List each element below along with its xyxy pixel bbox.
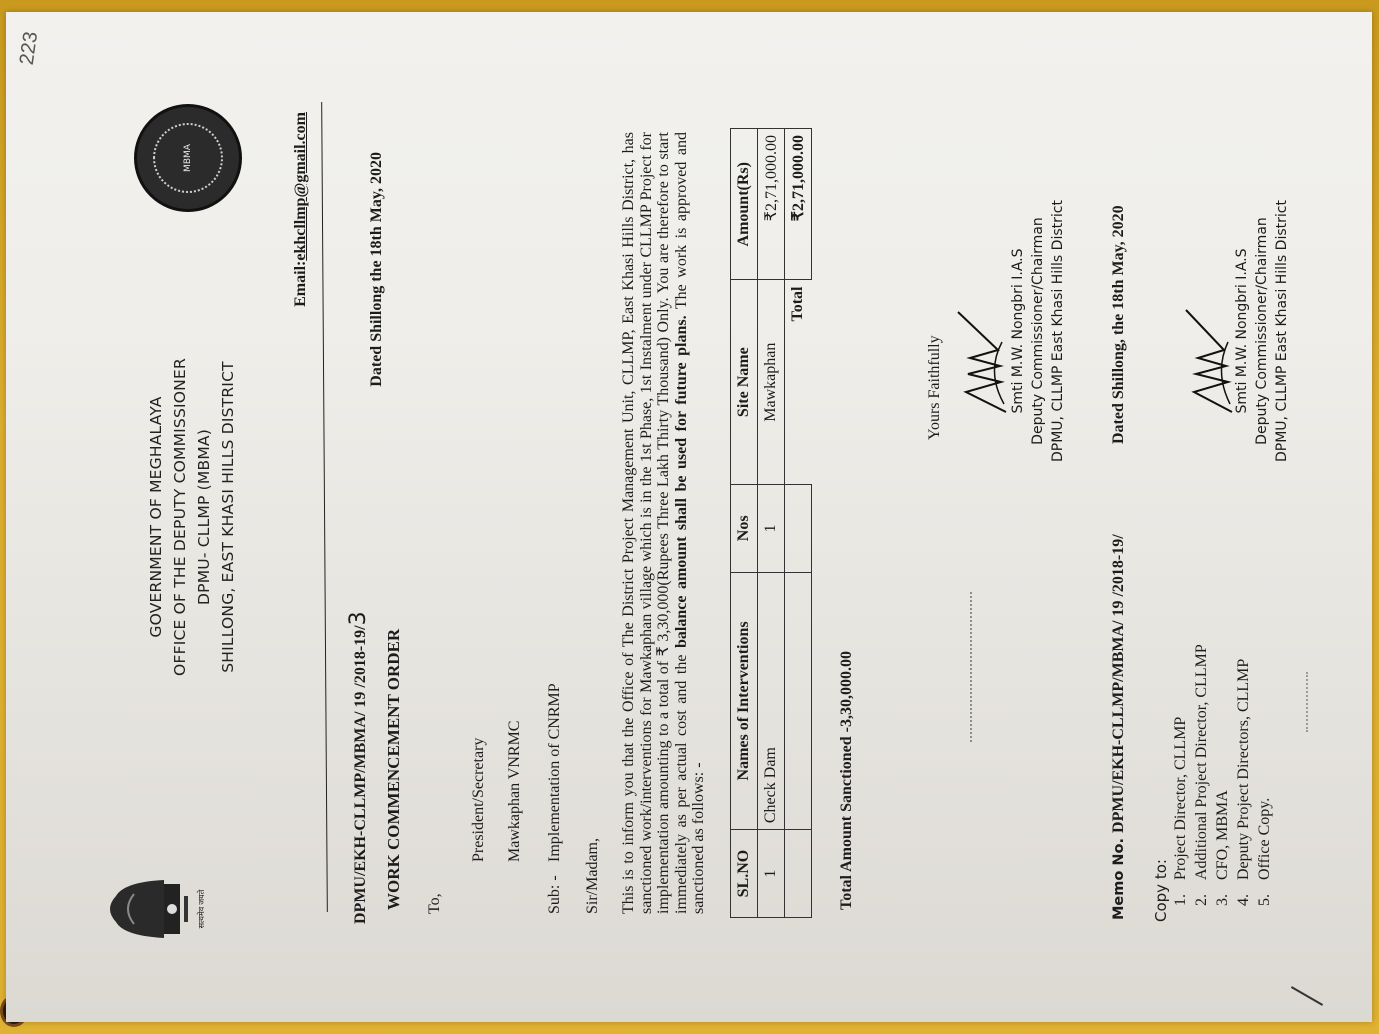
total-amount-sanctioned: Total Amount Sanctioned -3,30,000.00	[838, 651, 856, 910]
table-total-row: Total ₹2,71,000.00	[785, 129, 812, 918]
list-item: Project Director, CLLMP	[1170, 644, 1191, 890]
cell-site-name: Mawkaphan	[758, 280, 785, 484]
cell-sl-no: 1	[758, 830, 785, 918]
total-label: Total	[785, 280, 812, 484]
faded-stamp	[956, 592, 972, 742]
col-interventions: Names of Interventions	[731, 572, 758, 829]
letterhead-unit: DPMU- CLLMP (MBMA)	[192, 12, 216, 1022]
letter-page: 223 सत्यमेव जयते MBMA GOVERNMENT OF MEGH…	[6, 12, 1372, 1022]
copy-to-label: Copy to:	[1152, 859, 1170, 922]
addressee-org: Mawkaphan VNRMC	[506, 721, 524, 862]
closing: Yours Faithfully	[926, 335, 944, 440]
body-paragraph: This is to inform you that the Office of…	[620, 132, 708, 914]
letterhead-location: SHILLONG, EAST KHASI HILLS DISTRICT	[216, 12, 240, 1022]
issue-date: Dated Shillong the 18th May, 2020	[368, 152, 386, 387]
col-sl-no: SL.NO	[731, 830, 758, 918]
signatory-name: Smti M.W. Nongbri I.A.S	[1008, 200, 1028, 462]
letterhead-office: OFFICE OF THE DEPUTY COMMISSIONER	[168, 12, 192, 1022]
cell-amount: ₹2,71,000.00	[758, 129, 785, 280]
letterhead: GOVERNMENT OF MEGHALAYA OFFICE OF THE DE…	[144, 12, 240, 1022]
subject-text: Implementation of CNRMP	[546, 683, 563, 862]
email-address[interactable]: ekhcllmp@gmail.com	[292, 112, 309, 261]
cell-intervention: Check Dam	[758, 572, 785, 829]
body-emphasis: balance amount shall be used for future …	[673, 315, 690, 648]
list-item: Deputy Project Directors, CLLMP	[1233, 644, 1254, 890]
sanction-table: SL.NO Names of Interventions Nos Site Na…	[730, 128, 812, 918]
signatory-office: DPMU, CLLMP East Khasi Hills District	[1048, 200, 1068, 462]
salutation: Sir/Madam,	[584, 838, 602, 914]
memo-date: Dated Shillong, the 18th May, 2020	[1110, 205, 1128, 444]
handwritten-ref-suffix: 3	[346, 611, 371, 625]
subject-label: Sub: -	[546, 866, 564, 914]
header-divider	[321, 102, 328, 912]
order-title: WORK COMMENCEMENT ORDER	[384, 629, 404, 910]
table-header-row: SL.NO Names of Interventions Nos Site Na…	[731, 129, 758, 918]
to-label: To,	[426, 893, 444, 914]
list-item: Additional Project Director, CLLMP	[1191, 644, 1212, 890]
pen-mark	[1291, 986, 1323, 1006]
total-amount: ₹2,71,000.00	[785, 129, 812, 280]
col-site-name: Site Name	[731, 280, 758, 484]
email-line: Email:ekhcllmp@gmail.com	[292, 112, 310, 307]
faded-stamp	[1296, 672, 1308, 732]
col-nos: Nos	[731, 484, 758, 572]
col-amount: Amount(Rs)	[731, 129, 758, 280]
addressee-title: President/Secretary	[470, 738, 488, 862]
signature-icon	[956, 302, 1016, 422]
signatory-block: Smti M.W. Nongbri I.A.S Deputy Commissio…	[1008, 200, 1068, 462]
table-row: 1 Check Dam 1 Mawkaphan ₹2,71,000.00	[758, 129, 785, 918]
signatory-designation: Deputy Commissioner/Chairman	[1028, 200, 1048, 462]
signatory-block-copy: Smti M.W. Nongbri I.A.S Deputy Commissio…	[1232, 200, 1292, 462]
letterhead-government: GOVERNMENT OF MEGHALAYA	[144, 12, 168, 1022]
email-label: Email:	[292, 261, 309, 307]
copy-to-list: Project Director, CLLMP Additional Proje…	[1170, 644, 1275, 918]
handwritten-page-number: 223	[16, 31, 43, 67]
list-item: Office Copy.	[1254, 644, 1275, 890]
reference-number: DPMU/EKH-CLLMP/MBMA/ 19 /2018-19/3	[346, 611, 371, 924]
cell-nos: 1	[758, 484, 785, 572]
list-item: CFO, MBMA	[1212, 644, 1233, 890]
subject-line: Sub: - Implementation of CNRMP	[546, 683, 564, 914]
document-photo: 223 सत्यमेव जयते MBMA GOVERNMENT OF MEGH…	[0, 0, 1379, 1034]
memo-number: Memo No. DPMU/EKH-CLLMP/MBMA/ 19 /2018-1…	[1110, 534, 1128, 920]
